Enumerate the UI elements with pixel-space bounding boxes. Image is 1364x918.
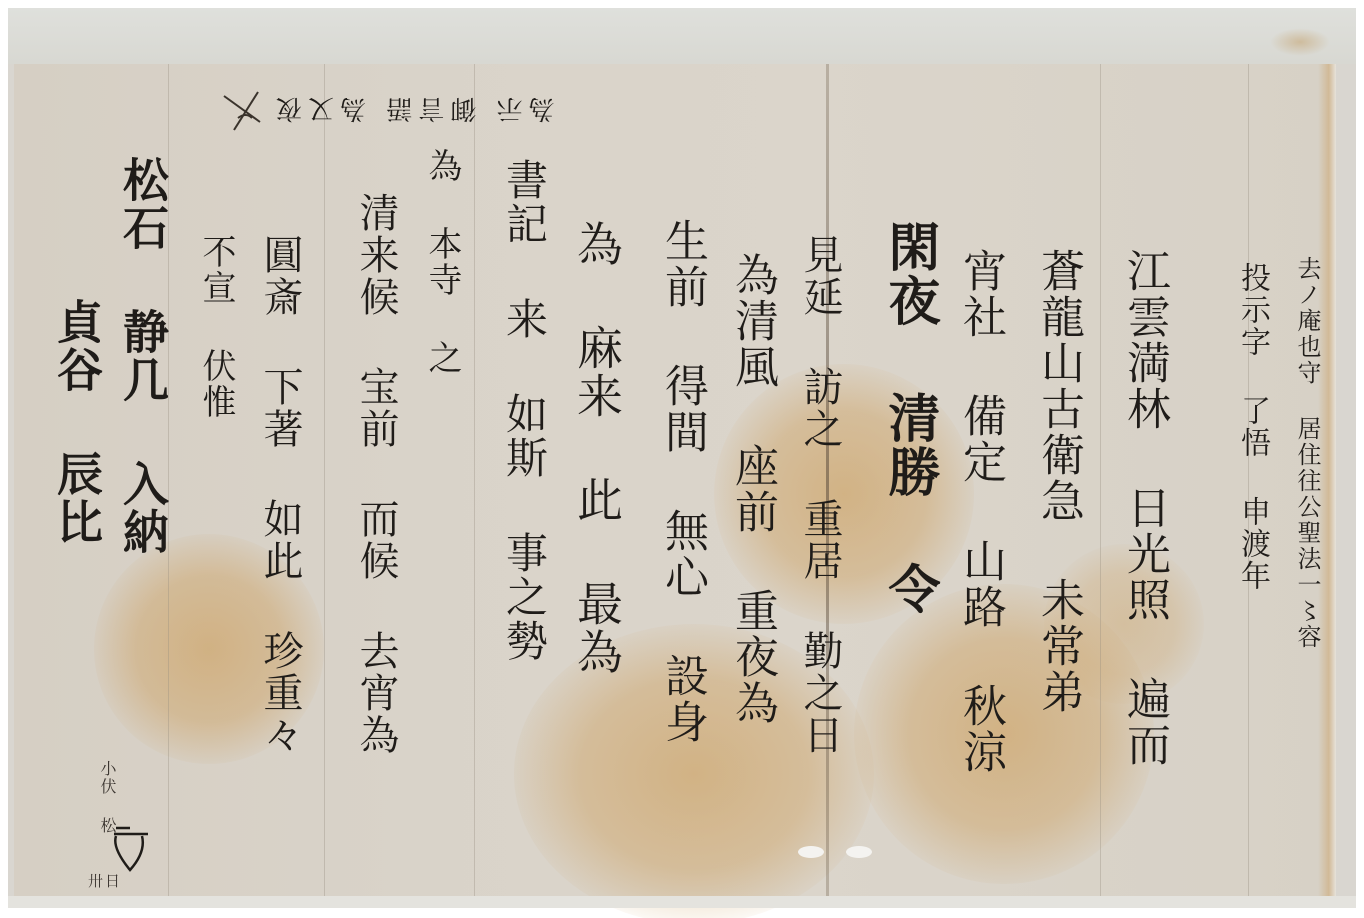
ruled-line bbox=[474, 64, 475, 898]
inverted-top-line: 為示 御言語 為又夜 bbox=[270, 92, 555, 129]
wormhole bbox=[798, 846, 824, 858]
column-text: 為 本寺 之 bbox=[422, 148, 462, 376]
top-margin bbox=[8, 8, 1356, 64]
column-5: 宵社 備定 山路 秋涼 bbox=[948, 248, 1012, 775]
column-text: 貞谷 辰比 bbox=[50, 298, 104, 546]
inverted-text: 為示 御言語 為又夜 bbox=[270, 93, 555, 123]
document-sheet: 為示 御言語 為又夜 去ノ庵也守 居住往公聖法一〻容 投示字 了悟 申渡年 江雲… bbox=[8, 8, 1356, 908]
ruled-line bbox=[1100, 64, 1101, 898]
column-text: 書記 来 如斯 事之勢 bbox=[500, 158, 549, 663]
column-2: 投示字 了悟 申渡年 bbox=[1230, 262, 1274, 592]
signature-date: 卅日 bbox=[88, 870, 122, 891]
continuation-line: 為 本寺 之 bbox=[418, 148, 467, 376]
column-text: 圓斎 下著 如此 珍重々 bbox=[257, 234, 303, 756]
column-16: 貞谷 辰比 bbox=[44, 298, 110, 546]
column-9: 生前 得間 無心 設身 bbox=[650, 218, 714, 745]
column-7: 見延 訪之 重居 勤之日 bbox=[792, 234, 849, 756]
column-4: 蒼龍山古衛急 未常弟 bbox=[1026, 248, 1090, 715]
column-text: 投示字 了悟 申渡年 bbox=[1235, 262, 1270, 592]
column-text: 為 麻来 此 最為 bbox=[570, 220, 624, 676]
column-11: 書記 来 如斯 事之勢 bbox=[494, 158, 554, 663]
date-text: 卅日 bbox=[88, 872, 122, 890]
column-text: 閑夜 清勝 令 bbox=[879, 220, 940, 616]
column-10: 為 麻来 此 最為 bbox=[564, 220, 630, 676]
ruled-line bbox=[324, 64, 325, 898]
column-text: 見延 訪之 重居 勤之日 bbox=[797, 234, 843, 756]
column-text: 生前 得間 無心 設身 bbox=[657, 218, 708, 745]
margin-stain bbox=[1270, 28, 1330, 56]
column-text: 為清風 座前 重夜為 bbox=[727, 252, 778, 726]
column-text: 江雲満林 日光照 遍而 bbox=[1119, 248, 1170, 768]
column-15: 松石 静几 入納 bbox=[110, 156, 176, 556]
column-3: 江雲満林 日光照 遍而 bbox=[1112, 248, 1176, 768]
column-text: 清来候 宝前 而候 去宵為 bbox=[353, 192, 399, 756]
column-14: 不宣 伏惟 bbox=[192, 234, 241, 420]
wormhole bbox=[846, 846, 872, 858]
column-text: 蒼龍山古衛急 未常弟 bbox=[1033, 248, 1084, 715]
column-8: 為清風 座前 重夜為 bbox=[720, 252, 784, 726]
column-text: 不宣 伏惟 bbox=[196, 234, 236, 420]
column-text: 去ノ庵也守 居住往公聖法一〻容 bbox=[1293, 256, 1321, 650]
column-12: 清来候 宝前 而候 去宵為 bbox=[348, 192, 405, 756]
column-text: 松石 静几 入納 bbox=[116, 156, 170, 556]
kao-seal-icon bbox=[106, 818, 156, 878]
column-1: 去ノ庵也守 居住往公聖法一〻容 bbox=[1290, 256, 1325, 650]
bottom-margin bbox=[8, 896, 1356, 908]
cross-mark-icon bbox=[220, 88, 264, 132]
column-text: 宵社 備定 山路 秋涼 bbox=[955, 248, 1006, 775]
column-13: 圓斎 下著 如此 珍重々 bbox=[252, 234, 309, 756]
column-6: 閑夜 清勝 令 bbox=[872, 220, 947, 616]
